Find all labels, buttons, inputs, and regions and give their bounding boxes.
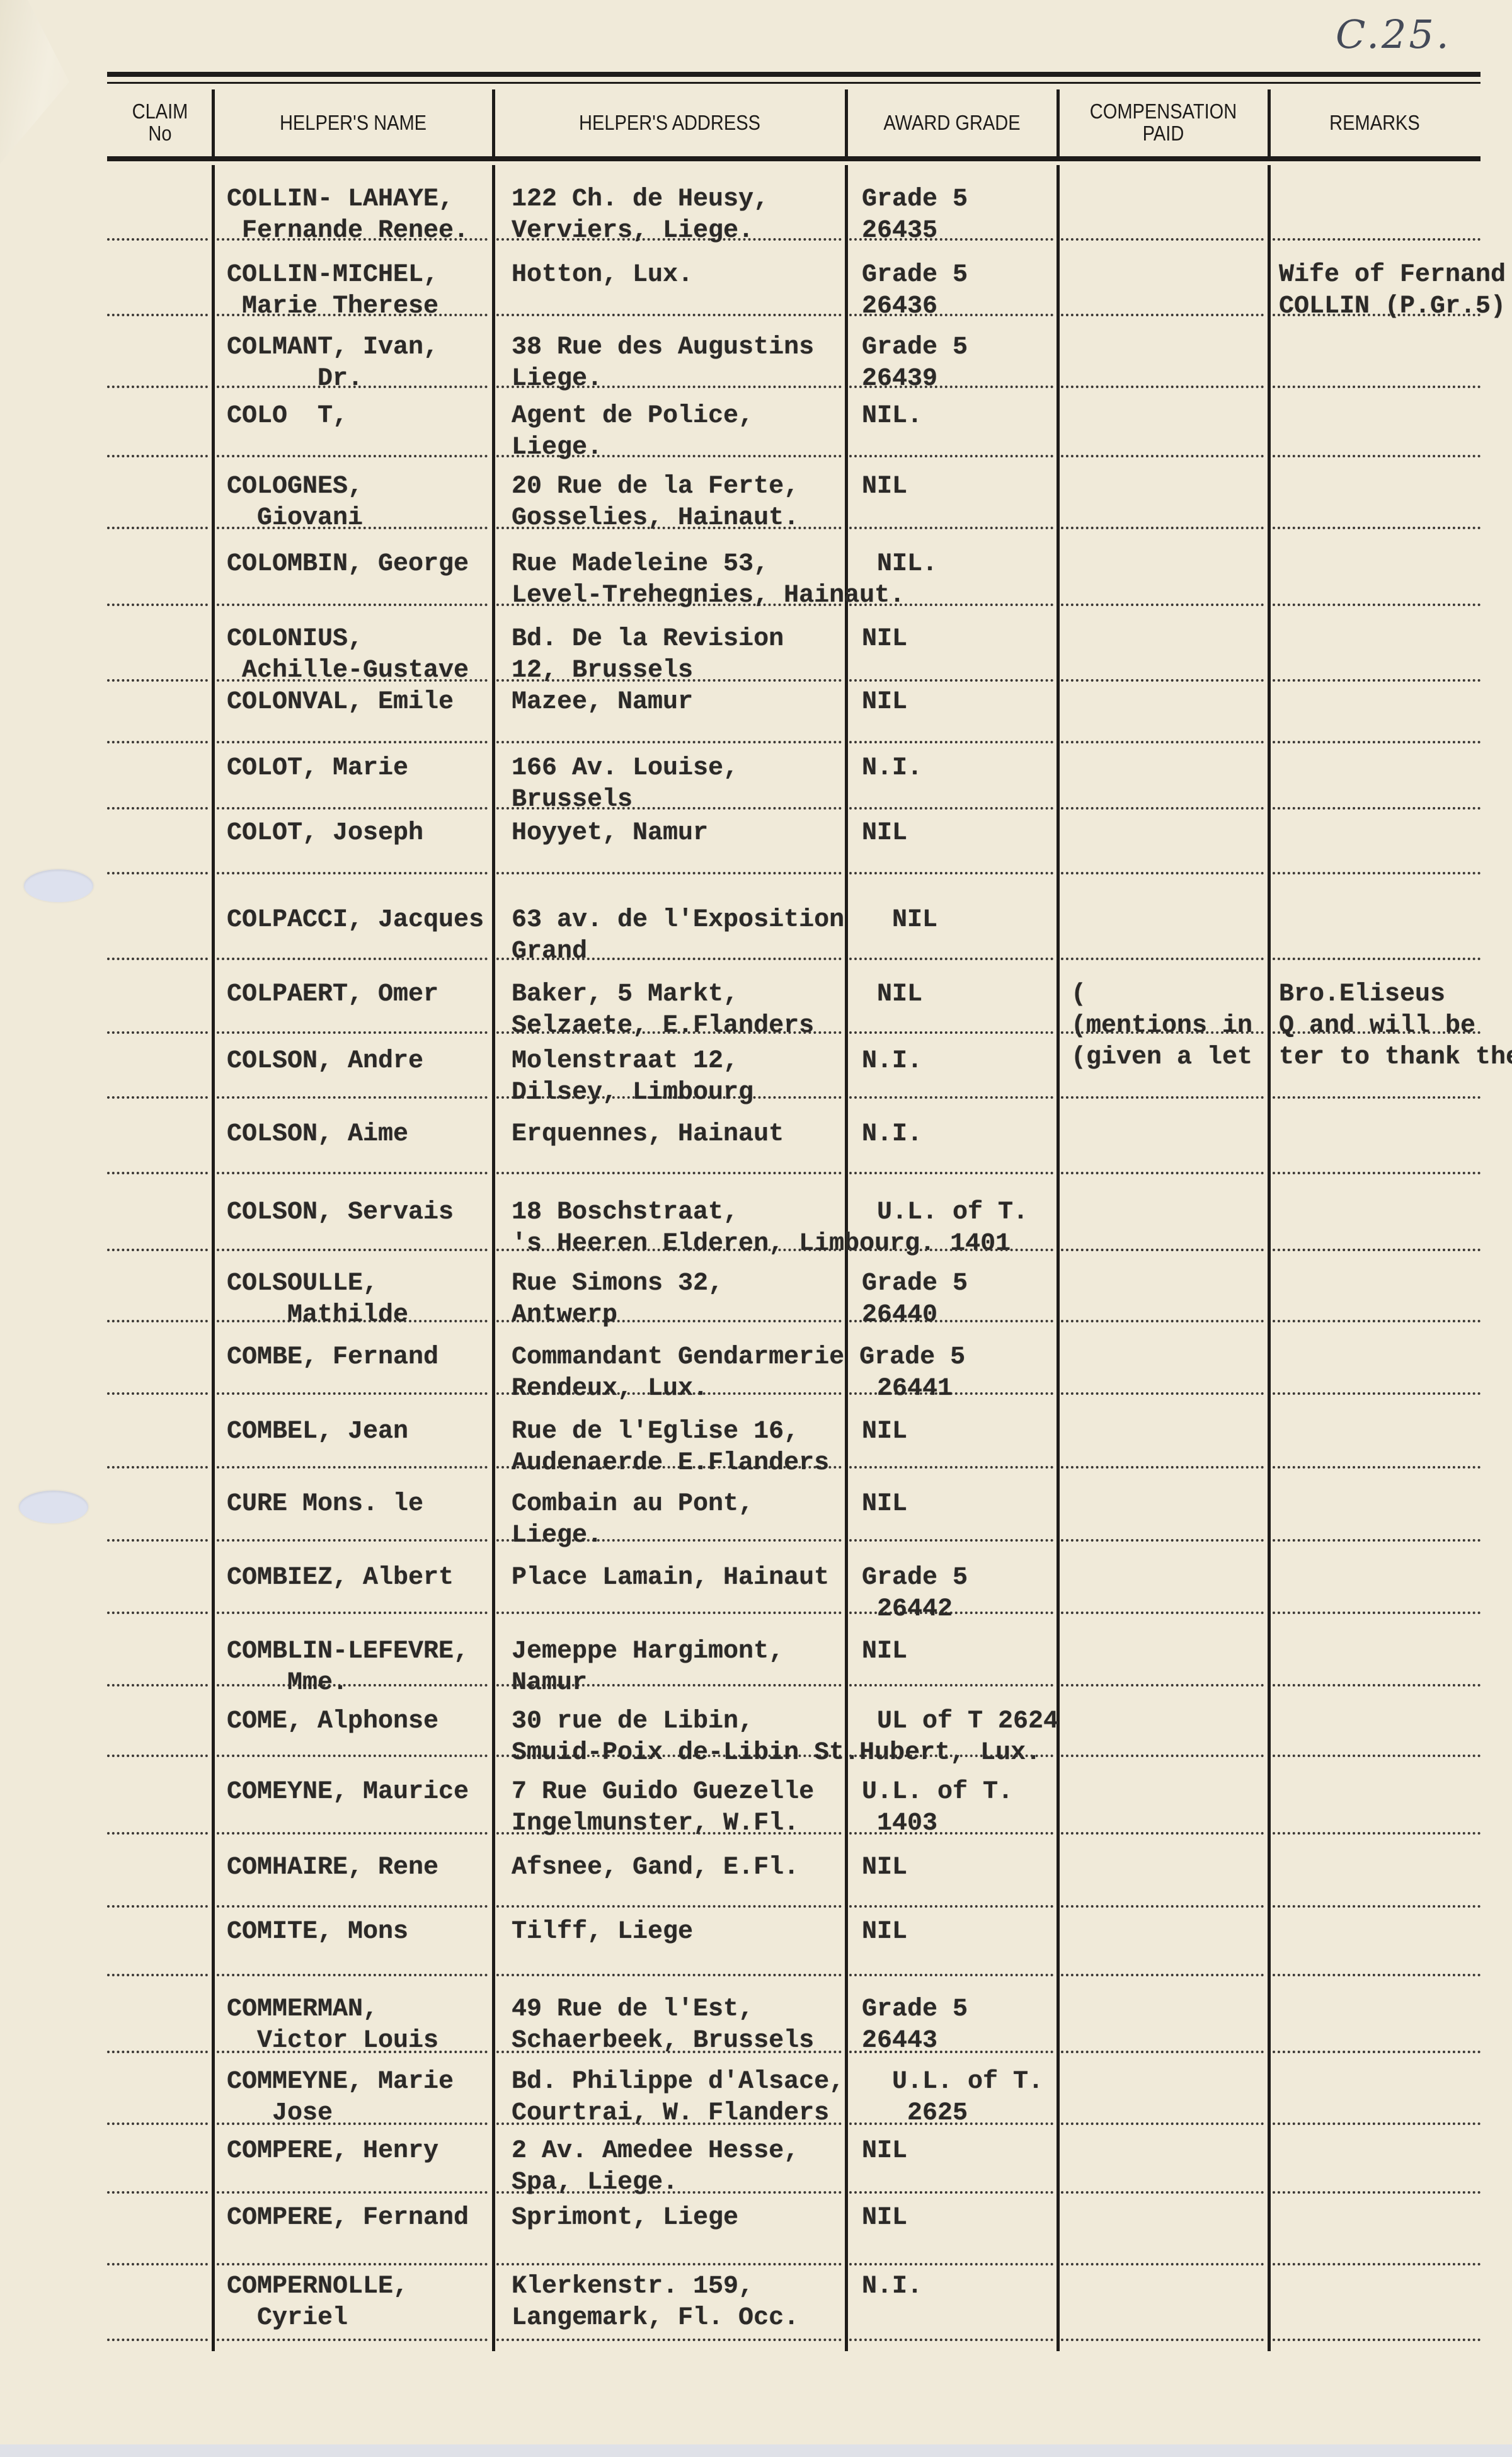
helper-address-cell: 166 Av. Louise, Brussels [512,753,738,816]
row-separator [1273,958,1480,960]
row-separator [849,527,1053,529]
row-separator [217,1832,488,1835]
row-separator [1061,238,1264,241]
row-separator [849,1249,1053,1251]
row-separator [107,1466,208,1469]
row-separator [849,1905,1053,1908]
col-divider [1057,165,1060,2351]
row-separator [496,2263,842,2265]
row-separator [1273,1392,1480,1395]
row-separator [107,1755,208,1757]
row-separator [1273,1905,1480,1908]
row-separator [217,1031,488,1034]
row-separator [849,2191,1053,2194]
remarks-cell: Bro.Eliseus Q and will be ter to thank t… [1279,979,1512,1074]
row-separator [1273,1684,1480,1687]
row-separator [107,1539,208,1542]
award-grade-cell: NIL. [862,401,922,432]
row-separator [1273,741,1480,743]
award-grade-cell: NIL [862,624,907,655]
row-separator [496,2339,842,2341]
row-separator [107,1974,208,1976]
row-separator [849,679,1053,682]
award-grade-cell: Grade 5 26442 [862,1562,968,1625]
helper-address-cell: 38 Rue des Augustins Liege. [512,332,814,395]
helper-address-cell: Rue Madeleine 53, Level-Trehegnies, Hain… [512,549,905,612]
helper-name-cell: COMMEYNE, Marie Jose [227,2066,454,2129]
row-separator [849,872,1053,874]
row-separator [217,2191,488,2194]
row-separator [1273,807,1480,810]
helper-name-cell: COLSON, Aime [227,1119,408,1150]
row-separator [849,1684,1053,1687]
row-separator [496,1974,842,1976]
row-separator [1273,1466,1480,1469]
folded-corner [0,0,69,164]
row-separator [1061,1539,1264,1542]
helper-name-cell: COMPERNOLLE, Cyriel [227,2271,408,2334]
award-grade-cell: NIL. [862,549,937,580]
row-separator [217,604,488,606]
row-separator [496,1172,842,1174]
col-divider [492,165,495,2351]
row-separator [1061,386,1264,388]
helper-name-cell: COMBLIN-LEFEVRE, Mme. [227,1636,469,1699]
helper-address-cell: 20 Rue de la Ferte, Gosselies, Hainaut. [512,471,799,534]
row-separator [1273,604,1480,606]
award-grade-cell: U.L. of T. [862,1197,1028,1228]
row-separator [217,2263,488,2265]
helper-address-cell: Hoyyet, Namur [512,818,708,849]
row-separator [1061,527,1264,529]
helper-address-cell: Molenstraat 12, Dilsey, Limbourg [512,1046,753,1109]
helper-address-cell: Hotton, Lux. [512,260,693,291]
row-separator [849,741,1053,743]
award-grade-cell: Grade 5 26435 [862,184,968,247]
row-separator [1273,1755,1480,1757]
row-separator [107,1320,208,1322]
helper-address-cell: Rue Simons 32, Antwerp [512,1268,723,1331]
row-separator [1273,2263,1480,2265]
award-grade-cell: NIL [862,2202,907,2234]
row-separator [107,2263,208,2265]
compensation-paid-cell: ( (mentions in (given a let [1071,979,1252,1074]
row-separator [1061,1905,1264,1908]
row-separator [1061,2263,1264,2265]
row-separator [496,741,842,743]
row-separator [217,2339,488,2341]
helper-name-cell: COLPAERT, Omer [227,979,438,1011]
row-separator [496,1612,842,1614]
row-separator [217,958,488,960]
helper-address-cell: Rue de l'Eglise 16, Audenaerde E.Flander… [512,1416,829,1479]
award-grade-cell: NIL [862,1489,907,1520]
row-separator [1061,872,1264,874]
row-separator [1061,741,1264,743]
col-divider [492,89,495,156]
helper-name-cell: COLONVAL, Emile [227,687,454,718]
row-separator [217,1905,488,1908]
helper-address-cell: Baker, 5 Markt, Selzaete, E.Flanders [512,979,814,1042]
row-separator [1061,1392,1264,1395]
row-separator [849,1172,1053,1174]
row-separator [1061,604,1264,606]
award-grade-cell: N.I. [862,1046,922,1077]
row-separator [107,1172,208,1174]
row-separator [217,1249,488,1251]
row-separator [496,872,842,874]
header-remarks: REMARKS [1281,88,1468,157]
row-separator [107,807,208,810]
award-grade-cell: N.I. [862,2271,922,2303]
row-separator [107,455,208,457]
award-grade-cell: N.I. [862,753,922,784]
row-separator [107,1249,208,1251]
helper-address-cell: Sprimont, Liege [512,2202,738,2234]
award-grade-cell: NIL [862,1636,907,1668]
row-separator [1061,958,1264,960]
col-divider [1268,165,1271,2351]
helper-address-cell: Erquennes, Hainaut [512,1119,784,1150]
header-claim-no: CLAIM No [113,88,207,157]
helper-name-cell: COLSON, Servais [227,1197,454,1228]
row-separator [849,1755,1053,1757]
row-separator [107,2122,208,2125]
reference-code: C.25. [1336,11,1452,57]
row-separator [1273,527,1480,529]
row-separator [849,807,1053,810]
row-separator [1061,807,1264,810]
award-grade-cell: 26441 [862,1342,953,1405]
row-separator [217,1612,488,1614]
row-separator [217,1096,488,1099]
row-separator [1061,1172,1264,1174]
helper-name-cell: COLMANT, Ivan, Dr. [227,332,438,395]
document-page: C.25. CLAIM No HELPER'S NAME HELPER'S AD… [0,0,1512,2444]
helper-address-cell: Klerkenstr. 159, Langemark, Fl. Occ. [512,2271,799,2334]
row-separator [1061,1684,1264,1687]
helper-address-cell: 7 Rue Guido Guezelle Ingelmunster, W.Fl. [512,1777,814,1840]
row-separator [849,1031,1053,1034]
col-divider [1268,89,1271,156]
award-grade-cell: NIL [862,1916,907,1948]
row-separator [1061,1249,1264,1251]
row-separator [1061,1096,1264,1099]
helper-address-cell: Afsnee, Gand, E.Fl. [512,1852,799,1884]
row-separator [107,1684,208,1687]
row-separator [1273,1096,1480,1099]
helper-name-cell: COMITE, Mons [227,1916,408,1948]
row-separator [217,1974,488,1976]
row-separator [107,958,208,960]
row-separator [1273,2122,1480,2125]
row-separator [107,386,208,388]
row-separator [849,2263,1053,2265]
row-separator [849,1096,1053,1099]
remarks-cell: Wife of Fernand COLLIN (P.Gr.5) [1279,260,1506,323]
helper-name-cell: COLSOULLE, Mathilde [227,1268,408,1331]
row-separator [107,604,208,606]
helper-address-cell: 2 Av. Amedee Hesse, Spa, Liege. [512,2136,799,2199]
row-separator [107,2339,208,2341]
row-separator [1061,679,1264,682]
helper-address-cell: Agent de Police, Liege. [512,401,753,464]
row-separator [217,807,488,810]
row-separator [217,741,488,743]
row-separator [1273,1832,1480,1835]
header-helper-name: HELPER'S NAME [230,88,477,157]
row-separator [107,1096,208,1099]
col-divider [845,89,848,156]
row-separator [107,1031,208,1034]
col-divider [1057,89,1060,156]
helper-address-cell: Jemeppe Hargimont, Namur [512,1636,784,1699]
helper-name-cell: COMHAIRE, Rene [227,1852,438,1884]
helper-name-cell: COLLIN-MICHEL, Marie Therese [227,260,438,323]
row-separator [1061,455,1264,457]
col-divider [212,165,215,2351]
row-separator [1273,679,1480,682]
row-separator [107,1612,208,1614]
row-separator [1273,1249,1480,1251]
row-separator [849,604,1053,606]
helper-address-cell: 49 Rue de l'Est, Schaerbeek, Brussels [512,1994,814,2057]
award-grade-cell: U.L. of T. 1403 [862,1777,1013,1840]
helper-name-cell: COMBE, Fernand [227,1342,438,1373]
helper-address-cell: Mazee, Namur [512,687,693,718]
row-separator [1273,1172,1480,1174]
row-separator [107,872,208,874]
award-grade-cell: UL of T 2624 [862,1706,1058,1738]
row-separator [1061,1612,1264,1614]
helper-name-cell: COLOMBIN, George [227,549,469,580]
helper-address-cell: Place Lamain, Hainaut [512,1562,829,1594]
award-grade-cell: NIL [862,2136,907,2167]
row-separator [1273,1539,1480,1542]
row-separator [849,1539,1053,1542]
row-separator [1273,1612,1480,1614]
row-separator [849,1466,1053,1469]
row-separator [1061,1466,1264,1469]
row-separator [217,1172,488,1174]
helper-name-cell: COLONIUS, Achille-Gustave [227,624,469,687]
award-grade-cell: NIL [862,905,937,936]
punch-hole-top [23,868,94,903]
row-separator [1273,1974,1480,1976]
row-separator [849,1974,1053,1976]
row-separator [1061,2339,1264,2341]
row-separator [217,1539,488,1542]
row-separator [1061,1832,1264,1835]
row-separator [107,2051,208,2053]
helper-name-cell: COMMERMAN, Victor Louis [227,1994,438,2057]
helper-name-cell: CURE Mons. le [227,1489,423,1520]
helper-name-cell: COLOT, Joseph [227,818,423,849]
row-separator [1061,2051,1264,2053]
helper-name-cell: COME, Alphonse [227,1706,438,1738]
helper-address-cell: Tilff, Liege [512,1916,693,1948]
row-separator [1273,455,1480,457]
row-separator [107,2191,208,2194]
helper-address-cell: Bd. De la Revision 12, Brussels [512,624,784,687]
row-separator [496,1905,842,1908]
row-separator [1061,1974,1264,1976]
row-separator [217,455,488,457]
award-grade-cell: Grade 5 26443 [862,1994,968,2057]
top-thin-rule [107,82,1480,84]
row-separator [1273,386,1480,388]
award-grade-cell: Grade 5 26440 [862,1268,968,1331]
header-award-grade: AWARD GRADE [859,88,1045,157]
row-separator [849,2339,1053,2341]
row-separator [107,1832,208,1835]
row-separator [107,1905,208,1908]
helper-name-cell: COLO T, [227,401,348,432]
row-separator [107,238,208,241]
punch-hole-bottom [18,1489,89,1525]
header-compensation-paid: COMPENSATION PAID [1070,88,1256,157]
award-grade-cell: NIL [862,471,907,503]
helper-address-cell: Combain au Pont, Liege. [512,1489,753,1552]
row-separator [1061,1320,1264,1322]
row-separator [107,314,208,316]
row-separator [107,741,208,743]
award-grade-cell: N.I. [862,1119,922,1150]
helper-name-cell: COMPERE, Fernand [227,2202,469,2234]
col-divider [212,89,215,156]
row-separator [1273,872,1480,874]
helper-name-cell: COMPERE, Henry [227,2136,438,2167]
award-grade-cell: NIL [862,687,907,718]
helper-name-cell: COMEYNE, Maurice [227,1777,469,1808]
helper-address-cell: 122 Ch. de Heusy, Verviers, Liege. [512,184,769,247]
row-separator [1273,2191,1480,2194]
award-grade-cell: Grade 5 26436 [862,260,968,323]
row-separator [107,527,208,529]
helper-address-cell: Bd. Philippe d'Alsace, Courtrai, W. Flan… [512,2066,844,2129]
award-grade-cell: NIL [862,1416,907,1448]
helper-name-cell: COMBIEZ, Albert [227,1562,454,1594]
helper-name-cell: COLLIN- LAHAYE, Fernande Renee. [227,184,469,247]
row-separator [1273,2339,1480,2341]
row-separator [217,872,488,874]
row-separator [1061,314,1264,316]
row-separator [496,314,842,316]
row-separator [107,1392,208,1395]
row-separator [1273,2051,1480,2053]
row-separator [1061,2122,1264,2125]
row-separator [217,1466,488,1469]
header-helper-address: HELPER'S ADDRESS [515,88,825,157]
helper-address-cell: 63 av. de l'Exposition Grand [512,905,844,968]
helper-name-cell: COLOGNES, Giovani [227,471,363,534]
row-separator [1061,2191,1264,2194]
top-thick-rule [107,72,1480,77]
award-grade-cell: U.L. of T. 2625 [862,2066,1043,2129]
award-grade-cell: Grade 5 26439 [862,332,968,395]
row-separator [849,958,1053,960]
helper-name-cell: COMBEL, Jean [227,1416,408,1448]
award-grade-cell: NIL [862,979,922,1011]
row-separator [849,455,1053,457]
row-separator [1061,1755,1264,1757]
award-grade-cell: NIL [862,818,907,849]
helper-name-cell: COLOT, Marie [227,753,408,784]
helper-name-cell: COLSON, Andre [227,1046,423,1077]
award-grade-cell: NIL [862,1852,907,1884]
row-separator [217,1755,488,1757]
row-separator [1273,1320,1480,1322]
row-separator [1273,238,1480,241]
row-separator [107,679,208,682]
row-separator [217,1392,488,1395]
helper-name-cell: COLPACCI, Jacques [227,905,484,936]
